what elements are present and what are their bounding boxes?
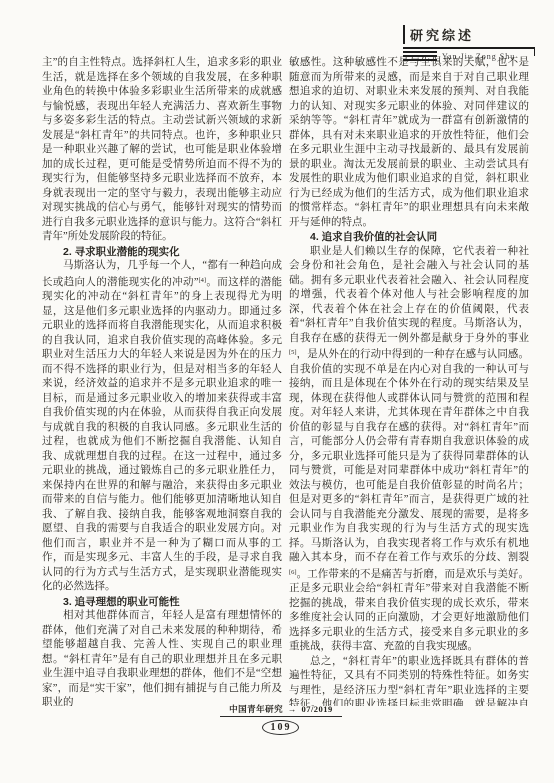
corner-tick-icon xyxy=(534,47,535,56)
body-paragraph: 总之，“斜杠青年”的职业选择既具有群体的普遍性特征，又具有不同类别的特殊性特征。… xyxy=(289,655,529,707)
citation-superscript: [4] xyxy=(198,277,206,284)
citation-superscript: [5] xyxy=(289,349,297,356)
journal-name: 中国青年研究 xyxy=(229,704,283,714)
header-rule: 研究综述 xyxy=(403,25,535,49)
page-footer: 中国青年研究 → 07/2019 109 xyxy=(0,703,554,735)
article-body: 主”的自主性特点。选择斜杠人生，追求多彩的职业生活，就是选择在多个领域的自我发展… xyxy=(42,56,529,706)
section-heading: 2. 寻求职业潜能的现实化 xyxy=(42,245,282,260)
journal-footer-line: 中国青年研究 → 07/2019 xyxy=(220,703,342,717)
body-paragraph: 相对其他群体而言，年轻人是富有理想情怀的群体，他们充满了对自己未来发展的种种期待… xyxy=(42,609,282,706)
body-paragraph: 主”的自主性特点。选择斜杠人生，追求多彩的职业生活，就是选择在多个领域的自我发展… xyxy=(42,56,282,245)
section-heading: 4. 追求自我价值的社会认同 xyxy=(289,230,529,245)
right-column: 敏感性。这种敏感性不是与生俱来的天赋，也不是随意而为所带来的灵感，而是来自于对自… xyxy=(289,56,529,706)
body-paragraph: 敏感性。这种敏感性不是与生俱来的天赋，也不是随意而为所带来的灵感，而是来自于对自… xyxy=(289,56,529,230)
issue-number: 07/2019 xyxy=(301,704,332,714)
body-paragraph: 马斯洛认为，几乎每一个人，“都有一种趋向成长或趋向人的潜能现实化的冲动”[4]。… xyxy=(42,259,282,595)
citation-superscript: [6] xyxy=(289,569,297,576)
arrow-icon: → xyxy=(288,704,297,714)
page-number: 109 xyxy=(262,720,299,735)
section-heading: 3. 追寻理想的职业可能性 xyxy=(42,595,282,610)
left-column: 主”的自主性特点。选择斜杠人生，追求多彩的职业生活，就是选择在多个领域的自我发展… xyxy=(42,56,282,706)
body-paragraph: 职业是人们赖以生存的保障，它代表着一种社会身份和社会角色，是社会融入与社会认同的… xyxy=(289,245,529,655)
section-label: 研究综述 xyxy=(403,25,474,44)
